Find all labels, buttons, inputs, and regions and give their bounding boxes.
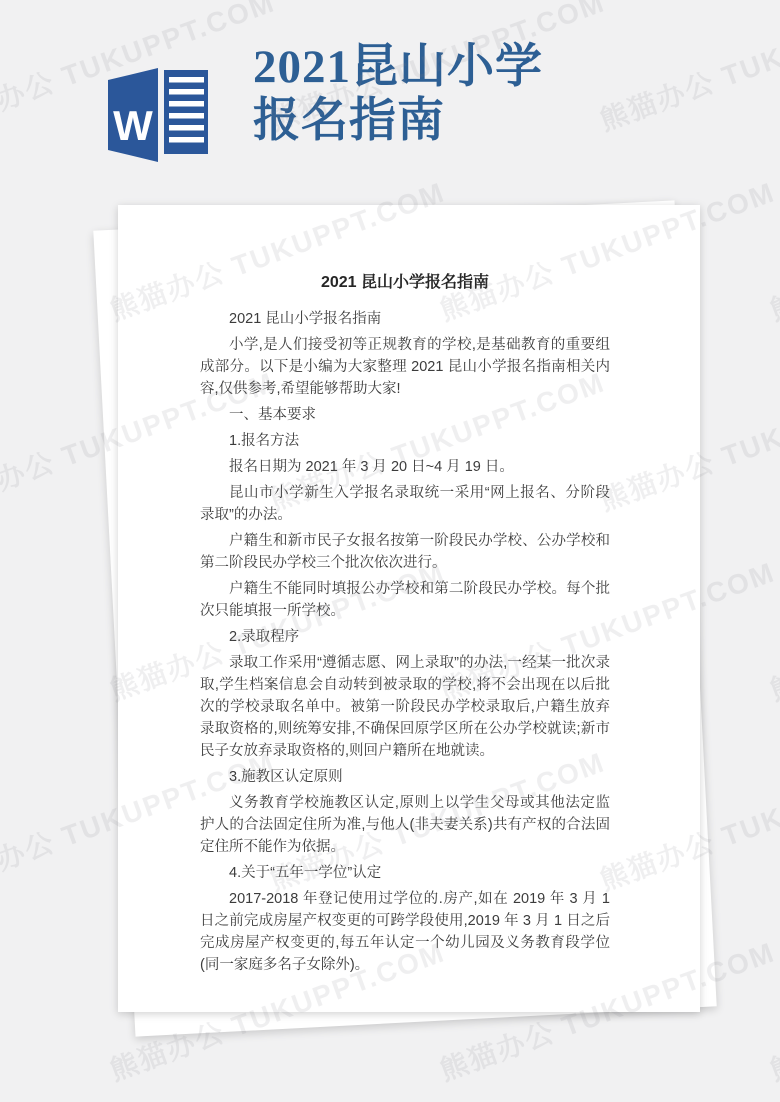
- word-icon-graphic: W: [101, 64, 213, 164]
- paragraph: 2017-2018 年登记使用过学位的.房产,如在 2019 年 3 月 1 日…: [200, 888, 610, 976]
- paragraph: 小学,是人们接受初等正规教育的学校,是基础教育的重要组成部分。以下是小编为大家整…: [200, 334, 610, 400]
- paragraph: 户籍生和新市民子女报名按第一阶段民办学校、公办学校和第二阶段民办学校三个批次依次…: [200, 530, 610, 574]
- paragraph: 昆山市小学新生入学报名录取统一采用“网上报名、分阶段录取”的办法。: [200, 482, 610, 526]
- paragraph: 户籍生不能同时填报公办学校和第二阶段民办学校。每个批次只能填报一所学校。: [200, 578, 610, 622]
- document-title: 2021 昆山小学报名指南: [200, 269, 610, 292]
- page-title-line1: 2021昆山小学: [253, 40, 653, 94]
- page-title-line2: 报名指南: [253, 94, 653, 148]
- document-paragraphs: 2021 昆山小学报名指南小学,是人们接受初等正规教育的学校,是基础教育的重要组…: [200, 308, 610, 976]
- page-header: W 2021昆山小学 报名指南: [0, 0, 780, 200]
- page-title: 2021昆山小学 报名指南: [253, 40, 653, 148]
- document-body: 2021 昆山小学报名指南 2021 昆山小学报名指南小学,是人们接受初等正规教…: [200, 269, 610, 980]
- paragraph: 录取工作采用“遵循志愿、网上录取”的办法,一经某一批次录取,学生档案信息会自动转…: [200, 652, 610, 762]
- paragraph: 1.报名方法: [200, 430, 610, 452]
- paragraph: 一、基本要求: [200, 404, 610, 426]
- paper-sheet: 2021 昆山小学报名指南 2021 昆山小学报名指南小学,是人们接受初等正规教…: [118, 205, 700, 1012]
- word-document-icon: W: [101, 64, 213, 164]
- paragraph: 义务教育学校施教区认定,原则上以学生父母或其他法定监护人的合法固定住所为准,与他…: [200, 792, 610, 858]
- watermark-text: 熊猫办公 TUKUPPT.COM: [764, 551, 780, 710]
- paragraph: 3.施教区认定原则: [200, 766, 610, 788]
- paragraph: 2.录取程序: [200, 626, 610, 648]
- paragraph: 2021 昆山小学报名指南: [200, 308, 610, 330]
- paragraph: 4.关于“五年一学位”认定: [200, 862, 610, 884]
- watermark-text: 熊猫办公 TUKUPPT.COM: [764, 931, 780, 1090]
- svg-text:W: W: [113, 102, 153, 149]
- paragraph: 报名日期为 2021 年 3 月 20 日~4 月 19 日。: [200, 456, 610, 478]
